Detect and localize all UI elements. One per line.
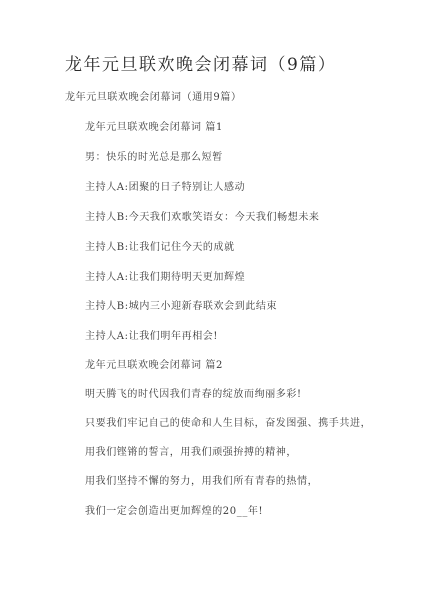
paragraph: 用我们坚持不懈的努力，用我们所有青春的热情， xyxy=(85,472,318,487)
section-heading-2: 龙年元旦联欢晚会闭幕词 篇2 xyxy=(85,356,223,371)
section-heading-1: 龙年元旦联欢晚会闭幕词 篇1 xyxy=(85,118,223,133)
document-subtitle: 龙年元旦联欢晚会闭幕词（通用9篇） xyxy=(65,88,242,103)
paragraph: 明天腾飞的时代因我们青春的绽放而绚丽多彩! xyxy=(85,385,302,400)
paragraph: 主持人A:让我们明年再相会! xyxy=(85,327,218,342)
paragraph: 只要我们牢记自己的使命和人生目标，奋发图强、携手共进， xyxy=(85,414,371,429)
document-title: 龙年元旦联欢晚会闭幕词（9篇） xyxy=(65,50,336,75)
paragraph: 男：快乐的时光总是那么短暂 xyxy=(85,148,223,163)
paragraph: 主持人B:城内三小迎新春联欢会到此结束 xyxy=(85,297,277,312)
paragraph: 用我们铿锵的誓言，用我们顽强拚搏的精神， xyxy=(85,443,297,458)
paragraph: 主持人B:让我们记住今天的成就 xyxy=(85,238,235,253)
paragraph: 我们一定会创造出更加辉煌的20__年! xyxy=(85,502,263,517)
paragraph: 主持人A:团聚的日子特别让人感动 xyxy=(85,178,245,193)
paragraph: 主持人B:今天我们欢歌笑语女：今天我们畅想未来 xyxy=(85,208,320,223)
document-page: 龙年元旦联欢晚会闭幕词（9篇） 龙年元旦联欢晚会闭幕词（通用9篇） 龙年元旦联欢… xyxy=(0,0,424,600)
paragraph: 主持人A:让我们期待明天更加辉煌 xyxy=(85,268,245,283)
